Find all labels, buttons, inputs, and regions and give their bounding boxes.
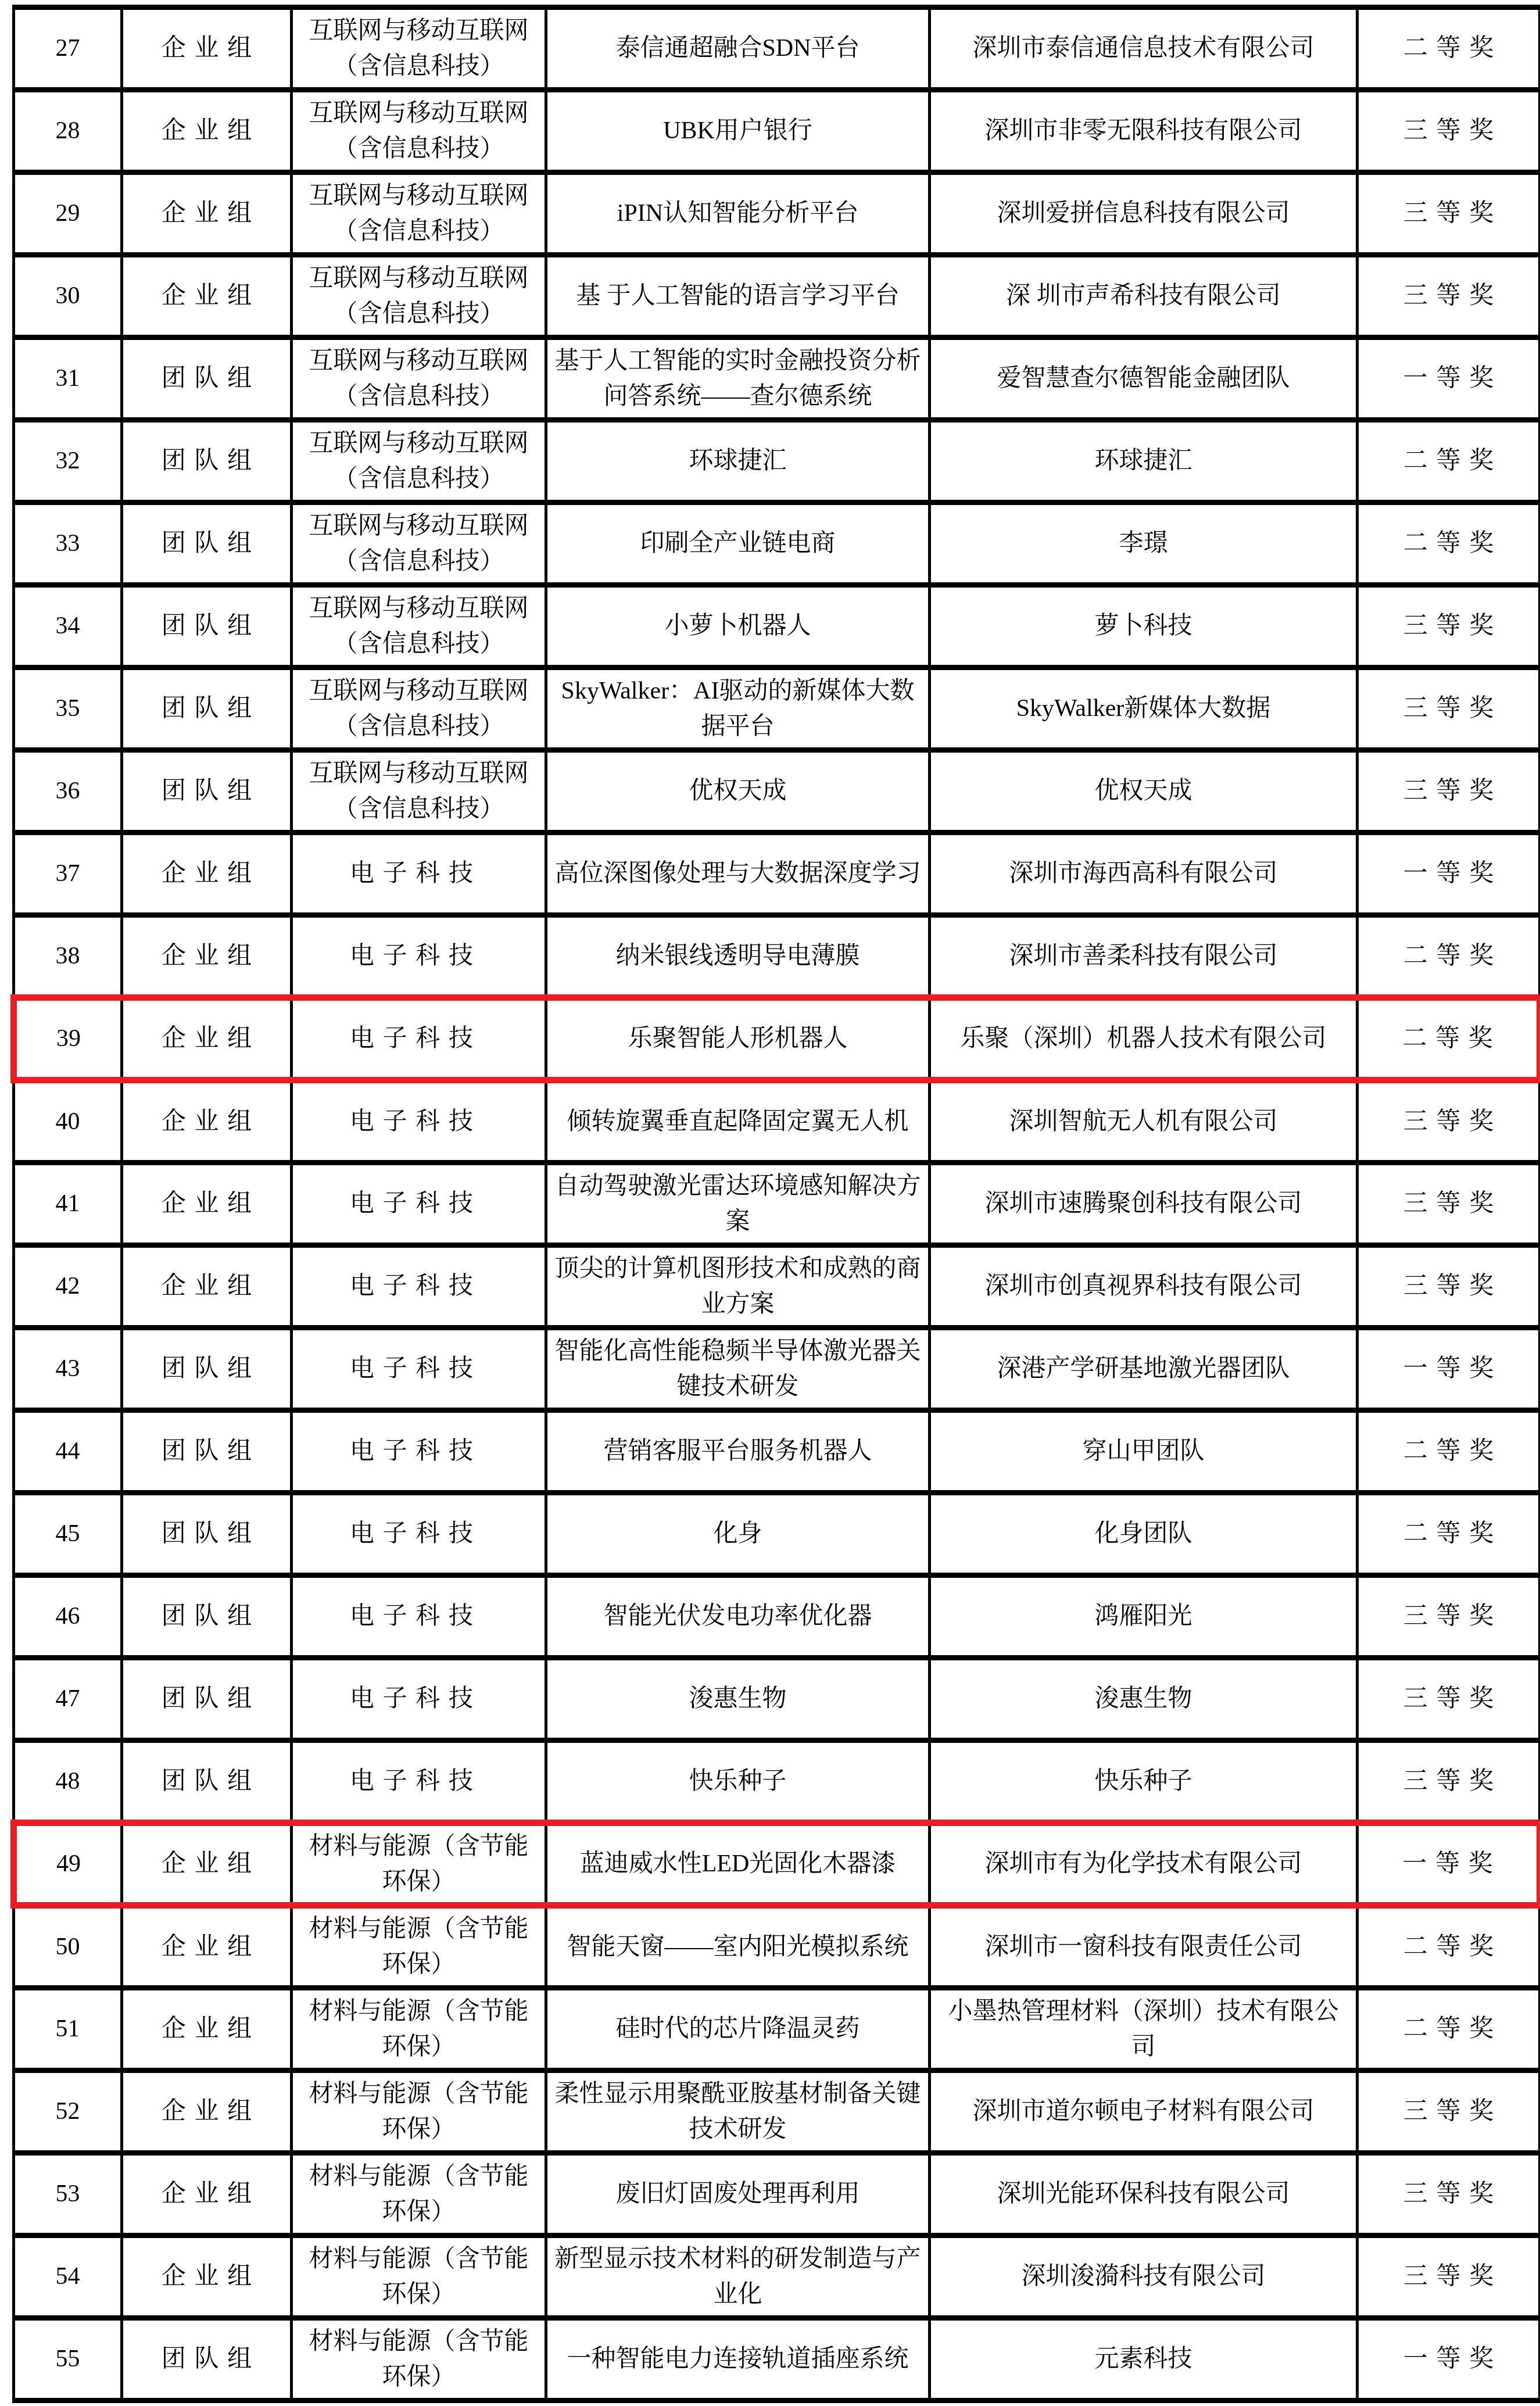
- award-cell: 三等奖: [1358, 1080, 1540, 1163]
- table-row: 38 企业组 电子科技 纳米银线透明导电薄膜 深圳市善柔科技有限公司 二等奖: [14, 915, 1540, 998]
- award-cell: 三等奖: [1358, 750, 1540, 833]
- seq-cell: 31: [14, 338, 122, 420]
- organization-cell: 乐聚（深圳）机器人技术有限公司: [930, 998, 1358, 1080]
- organization-cell: 深圳市道尔顿电子材料有限公司: [930, 2071, 1358, 2153]
- table-row: 46 团队组 电子科技 智能光伏发电功率优化器 鸿雁阳光 三等奖: [14, 1576, 1540, 1658]
- award-cell: 二等奖: [1358, 915, 1540, 998]
- organization-cell: 深圳爱拼信息科技有限公司: [930, 173, 1358, 255]
- table-row: 50 企业组 材料与能源（含节能环保） 智能天窗——室内阳光模拟系统 深圳市一窗…: [14, 1906, 1540, 1988]
- category-cell: 互联网与移动互联网（含信息科技）: [292, 503, 546, 585]
- project-cell: 自动驾驶激光雷达环境感知解决方案: [546, 1163, 930, 1245]
- category-cell: 材料与能源（含节能环保）: [292, 1906, 546, 1988]
- category-cell: 电子科技: [292, 1576, 546, 1658]
- seq-cell: 28: [14, 90, 122, 173]
- seq-cell: 27: [14, 8, 122, 90]
- award-cell: 二等奖: [1358, 998, 1540, 1080]
- table-row: 36 团队组 互联网与移动互联网（含信息科技） 优权天成 优权天成 三等奖: [14, 750, 1540, 833]
- category-cell: 材料与能源（含节能环保）: [292, 1988, 546, 2071]
- award-cell: 一等奖: [1358, 338, 1540, 420]
- seq-cell: 37: [14, 833, 122, 915]
- seq-cell: 33: [14, 503, 122, 585]
- organization-cell: 浚惠生物: [930, 1658, 1358, 1741]
- seq-cell: 42: [14, 1245, 122, 1328]
- group-cell: 团队组: [122, 1410, 292, 1493]
- seq-cell: 53: [14, 2153, 122, 2236]
- organization-cell: 深圳市非零无限科技有限公司: [930, 90, 1358, 173]
- award-cell: 一等奖: [1358, 2318, 1540, 2401]
- award-cell: 三等奖: [1358, 2071, 1540, 2153]
- seq-cell: 44: [14, 1410, 122, 1493]
- category-cell: 电子科技: [292, 1163, 546, 1245]
- seq-cell: 51: [14, 1988, 122, 2071]
- project-cell: 基 于人工智能的语言学习平台: [546, 255, 930, 338]
- table-row: 27 企业组 互联网与移动互联网（含信息科技） 泰信通超融合SDN平台 深圳市泰…: [14, 8, 1540, 90]
- organization-cell: 深圳市一窗科技有限责任公司: [930, 1906, 1358, 1988]
- organization-cell: 深圳市泰信通信息技术有限公司: [930, 8, 1358, 90]
- award-cell: 二等奖: [1358, 1410, 1540, 1493]
- award-cell: 一等奖: [1358, 1328, 1540, 1410]
- group-cell: 企业组: [122, 173, 292, 255]
- group-cell: 企业组: [122, 1163, 292, 1245]
- award-cell: 三等奖: [1358, 2236, 1540, 2318]
- category-cell: 电子科技: [292, 998, 546, 1080]
- group-cell: 企业组: [122, 255, 292, 338]
- organization-cell: 爱智慧查尔德智能金融团队: [930, 338, 1358, 420]
- seq-cell: 38: [14, 915, 122, 998]
- table-row: 51 企业组 材料与能源（含节能环保） 硅时代的芯片降温灵药 小墨热管理材料（深…: [14, 1988, 1540, 2071]
- table-row: 37 企业组 电子科技 高位深图像处理与大数据深度学习 深圳市海西高科有限公司 …: [14, 833, 1540, 915]
- award-cell: 三等奖: [1358, 1163, 1540, 1245]
- category-cell: 互联网与移动互联网（含信息科技）: [292, 8, 546, 90]
- table-row: 35 团队组 互联网与移动互联网（含信息科技） SkyWalker：AI驱动的新…: [14, 668, 1540, 750]
- award-cell: 二等奖: [1358, 8, 1540, 90]
- award-cell: 二等奖: [1358, 1906, 1540, 1988]
- category-cell: 电子科技: [292, 1080, 546, 1163]
- category-cell: 互联网与移动互联网（含信息科技）: [292, 420, 546, 503]
- seq-cell: 50: [14, 1906, 122, 1988]
- project-cell: 印刷全产业链电商: [546, 503, 930, 585]
- table-row: 31 团队组 互联网与移动互联网（含信息科技） 基于人工智能的实时金融投资分析问…: [14, 338, 1540, 420]
- organization-cell: 深 圳市声希科技有限公司: [930, 255, 1358, 338]
- group-cell: 企业组: [122, 1988, 292, 2071]
- group-cell: 企业组: [122, 1080, 292, 1163]
- project-cell: 智能天窗——室内阳光模拟系统: [546, 1906, 930, 1988]
- category-cell: 互联网与移动互联网（含信息科技）: [292, 90, 546, 173]
- table-row: 29 企业组 互联网与移动互联网（含信息科技） iPIN认知智能分析平台 深圳爱…: [14, 173, 1540, 255]
- table-row: 32 团队组 互联网与移动互联网（含信息科技） 环球捷汇 环球捷汇 二等奖: [14, 420, 1540, 503]
- document-page: 27 企业组 互联网与移动互联网（含信息科技） 泰信通超融合SDN平台 深圳市泰…: [0, 0, 1540, 2403]
- project-cell: 环球捷汇: [546, 420, 930, 503]
- group-cell: 企业组: [122, 2153, 292, 2236]
- seq-cell: 30: [14, 255, 122, 338]
- seq-cell: 45: [14, 1493, 122, 1576]
- category-cell: 电子科技: [292, 1410, 546, 1493]
- award-cell: 二等奖: [1358, 1988, 1540, 2071]
- seq-cell: 32: [14, 420, 122, 503]
- table-row: 49 企业组 材料与能源（含节能环保） 蓝迪威水性LED光固化木器漆 深圳市有为…: [14, 1823, 1540, 1906]
- table-row: 55 团队组 材料与能源（含节能环保） 一种智能电力连接轨道插座系统 元素科技 …: [14, 2318, 1540, 2401]
- table-row: 39 企业组 电子科技 乐聚智能人形机器人 乐聚（深圳）机器人技术有限公司 二等…: [14, 998, 1540, 1080]
- organization-cell: 深圳市速腾聚创科技有限公司: [930, 1163, 1358, 1245]
- group-cell: 团队组: [122, 420, 292, 503]
- award-cell: 一等奖: [1358, 1823, 1540, 1906]
- project-cell: 废旧灯固废处理再利用: [546, 2153, 930, 2236]
- project-cell: 小萝卜机器人: [546, 585, 930, 668]
- table-row: 40 企业组 电子科技 倾转旋翼垂直起降固定翼无人机 深圳智航无人机有限公司 三…: [14, 1080, 1540, 1163]
- project-cell: UBK用户银行: [546, 90, 930, 173]
- organization-cell: 鸿雁阳光: [930, 1576, 1358, 1658]
- group-cell: 团队组: [122, 1741, 292, 1823]
- category-cell: 材料与能源（含节能环保）: [292, 1823, 546, 1906]
- organization-cell: 深圳市善柔科技有限公司: [930, 915, 1358, 998]
- table-row: 54 企业组 材料与能源（含节能环保） 新型显示技术材料的研发制造与产业化 深圳…: [14, 2236, 1540, 2318]
- category-cell: 材料与能源（含节能环保）: [292, 2236, 546, 2318]
- group-cell: 团队组: [122, 1493, 292, 1576]
- table-row: 43 团队组 电子科技 智能化高性能稳频半导体激光器关键技术研发 深港产学研基地…: [14, 1328, 1540, 1410]
- award-cell: 三等奖: [1358, 668, 1540, 750]
- category-cell: 电子科技: [292, 1328, 546, 1410]
- award-cell: 三等奖: [1358, 1576, 1540, 1658]
- project-cell: 化身: [546, 1493, 930, 1576]
- table-row: 47 团队组 电子科技 浚惠生物 浚惠生物 三等奖: [14, 1658, 1540, 1741]
- organization-cell: 元素科技: [930, 2318, 1358, 2401]
- project-cell: 优权天成: [546, 750, 930, 833]
- seq-cell: 34: [14, 585, 122, 668]
- organization-cell: 快乐种子: [930, 1741, 1358, 1823]
- organization-cell: 深圳智航无人机有限公司: [930, 1080, 1358, 1163]
- award-cell: 三等奖: [1358, 585, 1540, 668]
- awards-table: 27 企业组 互联网与移动互联网（含信息科技） 泰信通超融合SDN平台 深圳市泰…: [10, 5, 1540, 2403]
- organization-cell: 化身团队: [930, 1493, 1358, 1576]
- seq-cell: 54: [14, 2236, 122, 2318]
- category-cell: 互联网与移动互联网（含信息科技）: [292, 338, 546, 420]
- organization-cell: SkyWalker新媒体大数据: [930, 668, 1358, 750]
- award-cell: 三等奖: [1358, 90, 1540, 173]
- organization-cell: 优权天成: [930, 750, 1358, 833]
- project-cell: SkyWalker：AI驱动的新媒体大数据平台: [546, 668, 930, 750]
- category-cell: 电子科技: [292, 1245, 546, 1328]
- organization-cell: 深圳市创真视界科技有限公司: [930, 1245, 1358, 1328]
- table-row: 30 企业组 互联网与移动互联网（含信息科技） 基 于人工智能的语言学习平台 深…: [14, 255, 1540, 338]
- project-cell: 基于人工智能的实时金融投资分析问答系统——查尔德系统: [546, 338, 930, 420]
- group-cell: 团队组: [122, 750, 292, 833]
- project-cell: 纳米银线透明导电薄膜: [546, 915, 930, 998]
- group-cell: 团队组: [122, 1328, 292, 1410]
- project-cell: 高位深图像处理与大数据深度学习: [546, 833, 930, 915]
- category-cell: 互联网与移动互联网（含信息科技）: [292, 173, 546, 255]
- project-cell: iPIN认知智能分析平台: [546, 173, 930, 255]
- organization-cell: 穿山甲团队: [930, 1410, 1358, 1493]
- seq-cell: 55: [14, 2318, 122, 2401]
- seq-cell: 43: [14, 1328, 122, 1410]
- group-cell: 企业组: [122, 915, 292, 998]
- project-cell: 泰信通超融合SDN平台: [546, 8, 930, 90]
- table-row: 33 团队组 互联网与移动互联网（含信息科技） 印刷全产业链电商 李璟 二等奖: [14, 503, 1540, 585]
- table-row: 34 团队组 互联网与移动互联网（含信息科技） 小萝卜机器人 萝卜科技 三等奖: [14, 585, 1540, 668]
- group-cell: 团队组: [122, 2318, 292, 2401]
- award-cell: 三等奖: [1358, 2153, 1540, 2236]
- organization-cell: 深圳浚漪科技有限公司: [930, 2236, 1358, 2318]
- group-cell: 团队组: [122, 503, 292, 585]
- seq-cell: 52: [14, 2071, 122, 2153]
- category-cell: 电子科技: [292, 1493, 546, 1576]
- project-cell: 倾转旋翼垂直起降固定翼无人机: [546, 1080, 930, 1163]
- award-cell: 一等奖: [1358, 833, 1540, 915]
- organization-cell: 深圳光能环保科技有限公司: [930, 2153, 1358, 2236]
- award-cell: 三等奖: [1358, 255, 1540, 338]
- table-row: 44 团队组 电子科技 营销客服平台服务机器人 穿山甲团队 二等奖: [14, 1410, 1540, 1493]
- category-cell: 材料与能源（含节能环保）: [292, 2153, 546, 2236]
- group-cell: 团队组: [122, 1576, 292, 1658]
- category-cell: 电子科技: [292, 833, 546, 915]
- seq-cell: 47: [14, 1658, 122, 1741]
- seq-cell: 41: [14, 1163, 122, 1245]
- seq-cell: 29: [14, 173, 122, 255]
- seq-cell: 48: [14, 1741, 122, 1823]
- group-cell: 企业组: [122, 1906, 292, 1988]
- seq-cell: 39: [14, 998, 122, 1080]
- seq-cell: 36: [14, 750, 122, 833]
- project-cell: 智能化高性能稳频半导体激光器关键技术研发: [546, 1328, 930, 1410]
- category-cell: 电子科技: [292, 915, 546, 998]
- seq-cell: 35: [14, 668, 122, 750]
- group-cell: 企业组: [122, 2071, 292, 2153]
- seq-cell: 49: [14, 1823, 122, 1906]
- table-row: 45 团队组 电子科技 化身 化身团队 二等奖: [14, 1493, 1540, 1576]
- project-cell: 硅时代的芯片降温灵药: [546, 1988, 930, 2071]
- organization-cell: 小墨热管理材料（深圳）技术有限公司: [930, 1988, 1358, 2071]
- group-cell: 企业组: [122, 2236, 292, 2318]
- group-cell: 企业组: [122, 1823, 292, 1906]
- group-cell: 团队组: [122, 585, 292, 668]
- group-cell: 团队组: [122, 1658, 292, 1741]
- project-cell: 浚惠生物: [546, 1658, 930, 1741]
- project-cell: 快乐种子: [546, 1741, 930, 1823]
- award-cell: 三等奖: [1358, 1741, 1540, 1823]
- project-cell: 营销客服平台服务机器人: [546, 1410, 930, 1493]
- group-cell: 团队组: [122, 668, 292, 750]
- group-cell: 企业组: [122, 8, 292, 90]
- table-row: 41 企业组 电子科技 自动驾驶激光雷达环境感知解决方案 深圳市速腾聚创科技有限…: [14, 1163, 1540, 1245]
- organization-cell: 李璟: [930, 503, 1358, 585]
- project-cell: 新型显示技术材料的研发制造与产业化: [546, 2236, 930, 2318]
- group-cell: 团队组: [122, 338, 292, 420]
- award-cell: 二等奖: [1358, 503, 1540, 585]
- award-cell: 三等奖: [1358, 1245, 1540, 1328]
- award-cell: 二等奖: [1358, 1493, 1540, 1576]
- table-row: 52 企业组 材料与能源（含节能环保） 柔性显示用聚酰亚胺基材制备关键技术研发 …: [14, 2071, 1540, 2153]
- group-cell: 企业组: [122, 998, 292, 1080]
- project-cell: 智能光伏发电功率优化器: [546, 1576, 930, 1658]
- project-cell: 柔性显示用聚酰亚胺基材制备关键技术研发: [546, 2071, 930, 2153]
- organization-cell: 环球捷汇: [930, 420, 1358, 503]
- seq-cell: 46: [14, 1576, 122, 1658]
- table-row: 48 团队组 电子科技 快乐种子 快乐种子 三等奖: [14, 1741, 1540, 1823]
- category-cell: 互联网与移动互联网（含信息科技）: [292, 255, 546, 338]
- category-cell: 互联网与移动互联网（含信息科技）: [292, 585, 546, 668]
- table-row: 42 企业组 电子科技 顶尖的计算机图形技术和成熟的商业方案 深圳市创真视界科技…: [14, 1245, 1540, 1328]
- group-cell: 企业组: [122, 1245, 292, 1328]
- award-cell: 三等奖: [1358, 1658, 1540, 1741]
- group-cell: 企业组: [122, 833, 292, 915]
- project-cell: 蓝迪威水性LED光固化木器漆: [546, 1823, 930, 1906]
- organization-cell: 深圳市有为化学技术有限公司: [930, 1823, 1358, 1906]
- organization-cell: 萝卜科技: [930, 585, 1358, 668]
- award-cell: 二等奖: [1358, 420, 1540, 503]
- project-cell: 乐聚智能人形机器人: [546, 998, 930, 1080]
- organization-cell: 深圳市海西高科有限公司: [930, 833, 1358, 915]
- table-row: 53 企业组 材料与能源（含节能环保） 废旧灯固废处理再利用 深圳光能环保科技有…: [14, 2153, 1540, 2236]
- project-cell: 一种智能电力连接轨道插座系统: [546, 2318, 930, 2401]
- category-cell: 电子科技: [292, 1658, 546, 1741]
- seq-cell: 40: [14, 1080, 122, 1163]
- project-cell: 顶尖的计算机图形技术和成熟的商业方案: [546, 1245, 930, 1328]
- category-cell: 互联网与移动互联网（含信息科技）: [292, 668, 546, 750]
- award-cell: 三等奖: [1358, 173, 1540, 255]
- group-cell: 企业组: [122, 90, 292, 173]
- category-cell: 电子科技: [292, 1741, 546, 1823]
- category-cell: 材料与能源（含节能环保）: [292, 2318, 546, 2401]
- category-cell: 材料与能源（含节能环保）: [292, 2071, 546, 2153]
- awards-table-body: 27 企业组 互联网与移动互联网（含信息科技） 泰信通超融合SDN平台 深圳市泰…: [14, 8, 1540, 2401]
- table-row: 28 企业组 互联网与移动互联网（含信息科技） UBK用户银行 深圳市非零无限科…: [14, 90, 1540, 173]
- category-cell: 互联网与移动互联网（含信息科技）: [292, 750, 546, 833]
- organization-cell: 深港产学研基地激光器团队: [930, 1328, 1358, 1410]
